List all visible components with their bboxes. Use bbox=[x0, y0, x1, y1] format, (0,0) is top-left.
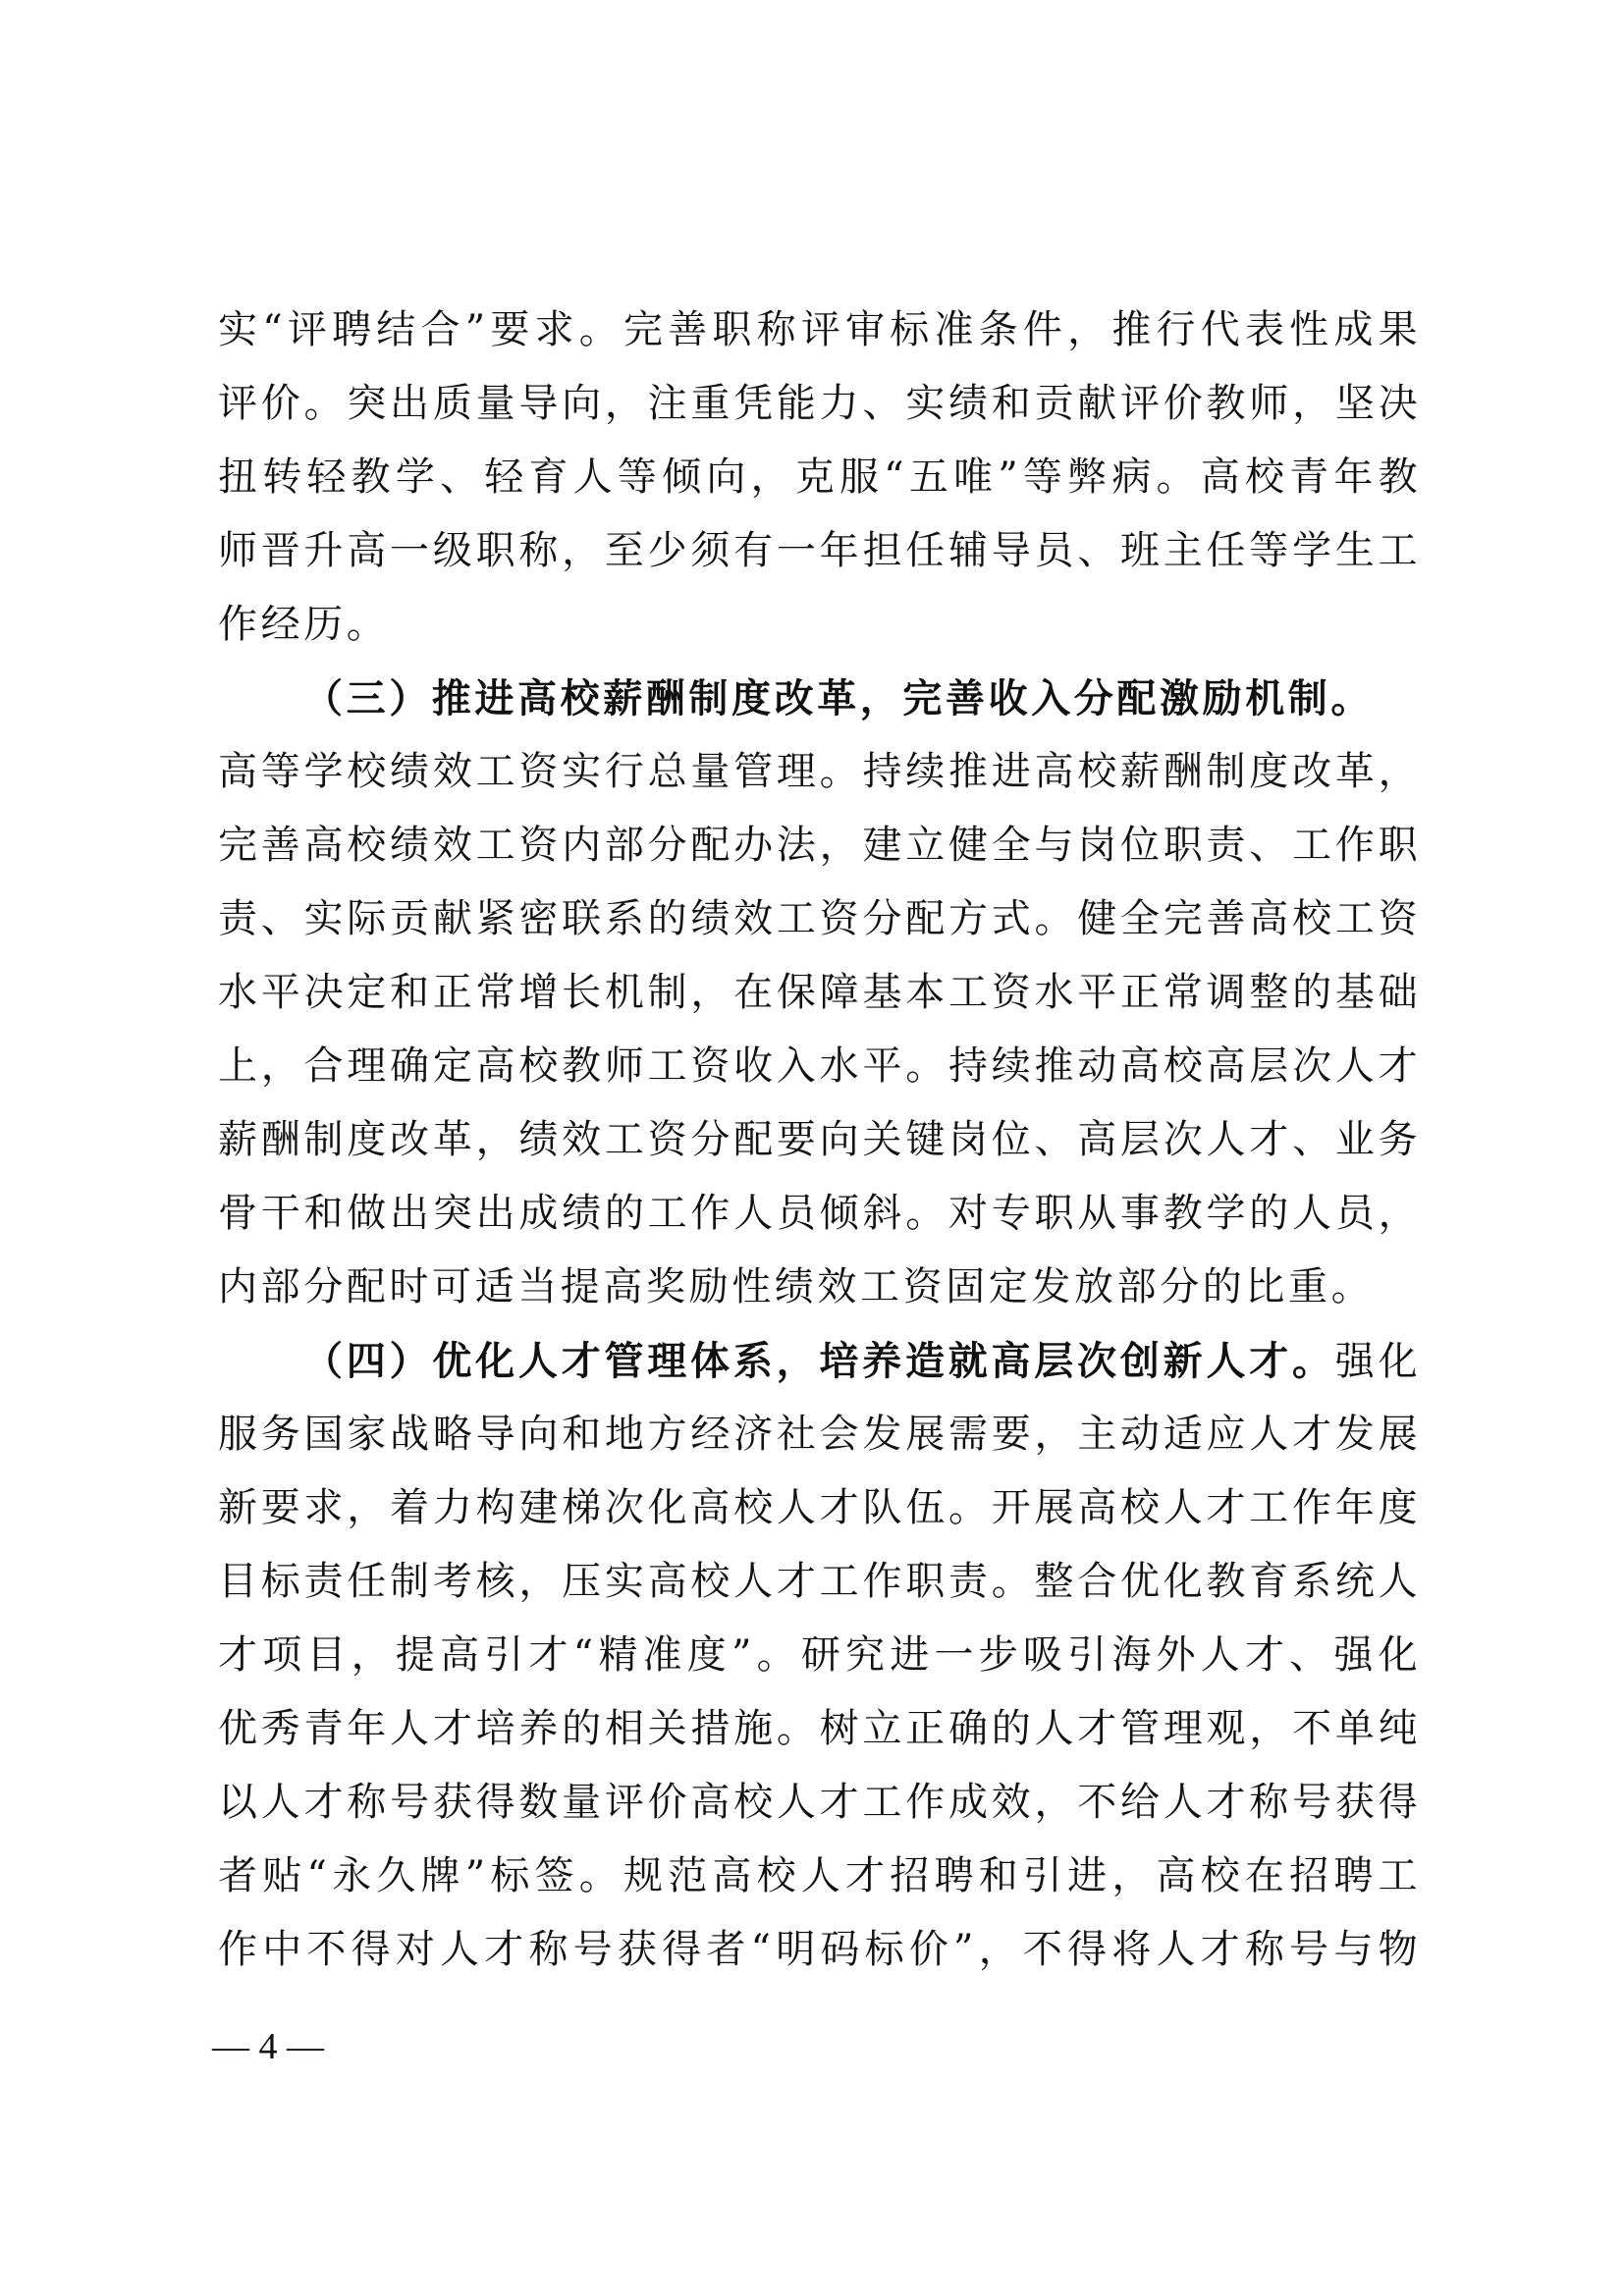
text-line: 师晋升高一级职称，至少须有一年担任辅导员、班主任等学生工 bbox=[218, 514, 1421, 588]
text-line: 实“评聘结合”要求。完善职称评审标准条件，推行代表性成果 bbox=[218, 294, 1421, 367]
text-line: 高等学校绩效工资实行总量管理。持续推进高校薪酬制度改革， bbox=[218, 735, 1421, 809]
text-line: 作经历。 bbox=[218, 588, 1421, 662]
section-heading-text: （四）优化人才管理体系，培养造就高层次创新人才。 bbox=[303, 1338, 1335, 1384]
text-line: 以人才称号获得数量评价高校人才工作成效，不给人才称号获得 bbox=[218, 1766, 1421, 1840]
text-line: 服务国家战略导向和地方经济社会发展需要，主动适应人才发展 bbox=[218, 1398, 1421, 1471]
text-line: 责、实际贡献紧密联系的绩效工资分配方式。健全完善高校工资 bbox=[218, 882, 1421, 956]
text-line: 作中不得对人才称号获得者“明码标价”，不得将人才称号与物 bbox=[218, 1913, 1421, 1987]
document-page: 实“评聘结合”要求。完善职称评审标准条件，推行代表性成果 评价。突出质量导向，注… bbox=[0, 0, 1624, 2296]
text-line: 者贴“永久牌”标签。规范高校人才招聘和引进，高校在招聘工 bbox=[218, 1840, 1421, 1913]
text-line: 扭转轻教学、轻育人等倾向，克服“五唯”等弊病。高校青年教 bbox=[218, 441, 1421, 514]
text-line: 评价。突出质量导向，注重凭能力、实绩和贡献评价教师，坚决 bbox=[218, 367, 1421, 441]
section-body-start: 强化 bbox=[1335, 1339, 1421, 1384]
text-line: 目标责任制考核，压实高校人才工作职责。整合优化教育系统人 bbox=[218, 1545, 1421, 1619]
page-number: — 4 — bbox=[212, 2022, 324, 2071]
text-line: 新要求，着力构建梯次化高校人才队伍。开展高校人才工作年度 bbox=[218, 1471, 1421, 1545]
text-line: 水平决定和正常增长机制，在保障基本工资水平正常调整的基础 bbox=[218, 956, 1421, 1030]
section-heading-4: （四）优化人才管理体系，培养造就高层次创新人才。强化 bbox=[218, 1324, 1421, 1398]
text-line: 骨干和做出突出成绩的工作人员倾斜。对专职从事教学的人员， bbox=[218, 1177, 1421, 1251]
text-line: 完善高校绩效工资内部分配办法，建立健全与岗位职责、工作职 bbox=[218, 809, 1421, 882]
text-line: 才项目，提高引才“精准度”。研究进一步吸引海外人才、强化 bbox=[218, 1619, 1421, 1692]
body-text: 实“评聘结合”要求。完善职称评审标准条件，推行代表性成果 评价。突出质量导向，注… bbox=[218, 294, 1421, 1987]
text-line: 优秀青年人才培养的相关措施。树立正确的人才管理观，不单纯 bbox=[218, 1692, 1421, 1766]
text-line: 内部分配时可适当提高奖励性绩效工资固定发放部分的比重。 bbox=[218, 1251, 1421, 1324]
text-line: 上，合理确定高校教师工资收入水平。持续推动高校高层次人才 bbox=[218, 1030, 1421, 1103]
section-heading-3: （三）推进高校薪酬制度改革，完善收入分配激励机制。 bbox=[218, 662, 1421, 735]
text-line: 薪酬制度改革，绩效工资分配要向关键岗位、高层次人才、业务 bbox=[218, 1103, 1421, 1177]
section-heading-text: （三）推进高校薪酬制度改革，完善收入分配激励机制。 bbox=[303, 675, 1374, 721]
